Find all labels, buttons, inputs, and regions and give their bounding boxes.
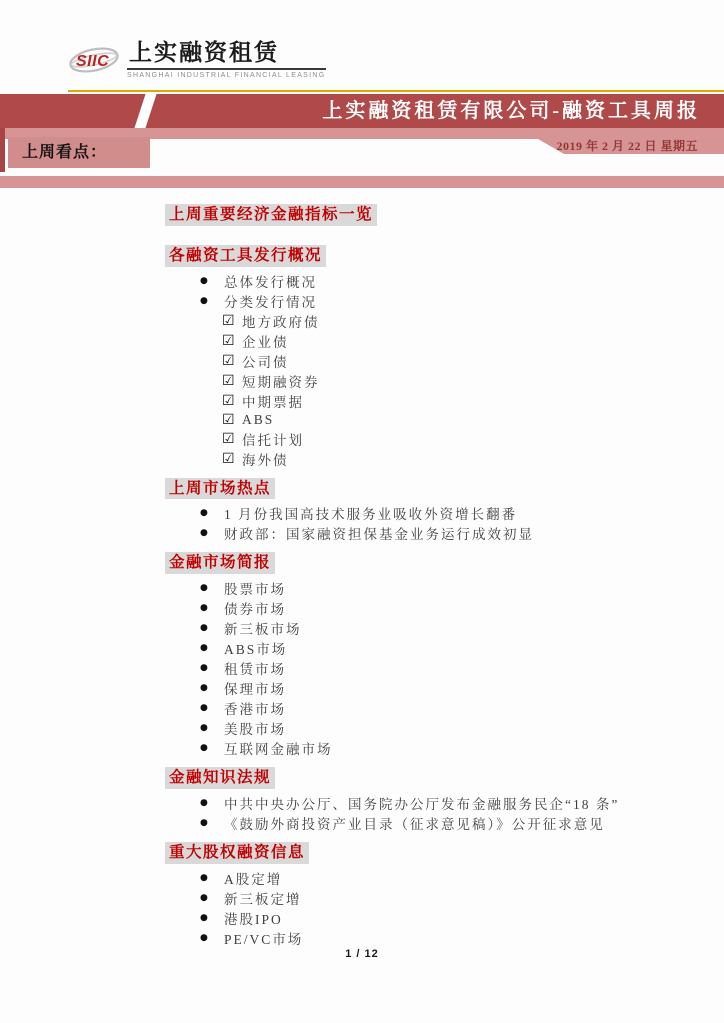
bullet-item: ●A股定增 [165,868,710,888]
toc-item-label: 公司债 [242,351,289,371]
bullet-item: ●保理市场 [165,678,710,698]
toc-item-label: 互联网金融市场 [224,738,333,758]
bullet-icon: ● [200,528,224,538]
bullet-icon: ● [200,703,224,713]
checkbox-item: ☑海外债 [165,449,710,469]
bullet-icon: ● [200,723,224,733]
checkbox-checked-icon: ☑ [222,413,242,427]
bullet-item: ●总体发行概况 [165,271,710,291]
bullet-icon: ● [200,603,224,613]
section-title-issuance: 各融资工具发行概况 [165,245,326,267]
toc-item-label: 财政部：国家融资担保基金业务运行成效初显 [224,523,534,543]
section-title-market-briefs: 金融市场简报 [165,552,275,574]
toc-item-label: 信托计划 [242,429,304,449]
bullet-item: ●美股市场 [165,718,710,738]
bullet-item: ●PE/VC市场 [165,928,710,948]
section-title-equity-financing: 重大股权融资信息 [165,842,309,864]
bullet-icon: ● [200,743,224,753]
bullet-item: ●中共中央办公厅、国务院办公厅发布金融服务民企“18 条” [165,793,710,813]
toc-item-label: 债券市场 [224,598,286,618]
bullet-item: ●新三板定增 [165,888,710,908]
bullet-icon: ● [200,663,224,673]
toc-item-label: 港股IPO [224,908,283,928]
toc-section-equity-financing: 重大股权融资信息●A股定增●新三板定增●港股IPO●PE/VC市场 [165,842,710,948]
bullet-icon: ● [200,296,224,306]
date-ribbon: 2019 年 2 月 22 日 星期五 [538,139,724,154]
toc-section-indicators: 上周重要经济金融指标一览 [165,204,710,230]
toc-item-label: ABS [242,412,274,428]
toc-item-label: 美股市场 [224,718,286,738]
section-title-regulations: 金融知识法规 [165,767,275,789]
checkbox-item: ☑公司债 [165,351,710,371]
toc-item-label: 分类发行情况 [224,291,317,311]
company-name-cn: 上实融资租赁 [127,40,326,70]
bullet-icon: ● [200,583,224,593]
toc-item-label: 企业债 [242,331,289,351]
checkbox-checked-icon: ☑ [222,334,242,348]
title-banner: 上实融资租赁有限公司-融资工具周报 [0,94,724,128]
toc-item-label: A股定增 [224,868,282,888]
toc-item-label: 新三板定增 [224,888,302,908]
bullet-icon: ● [200,913,224,923]
checkbox-checked-icon: ☑ [222,432,242,446]
toc-item-label: 海外债 [242,449,289,469]
section-divider-bar [0,176,724,188]
toc-item-label: 股票市场 [224,578,286,598]
toc-item-label: 《鼓励外商投资产业目录（征求意见稿）》公开征求意见 [224,813,605,833]
checkbox-item: ☑ABS [165,411,710,429]
table-of-contents: 上周重要经济金融指标一览各融资工具发行概况●总体发行概况●分类发行情况☑地方政府… [165,204,710,957]
logo-text: 上实融资租赁 SHANGHAI INDUSTRIAL FINANCIAL LEA… [127,40,326,79]
toc-section-issuance: 各融资工具发行概况●总体发行概况●分类发行情况☑地方政府债☑企业债☑公司债☑短期… [165,245,710,469]
checkbox-checked-icon: ☑ [222,374,242,388]
bullet-icon: ● [200,623,224,633]
bullet-item: ●财政部：国家融资担保基金业务运行成效初显 [165,523,710,543]
checkbox-item: ☑信托计划 [165,429,710,449]
toc-section-regulations: 金融知识法规●中共中央办公厅、国务院办公厅发布金融服务民企“18 条”●《鼓励外… [165,767,710,833]
bullet-icon: ● [200,643,224,653]
bullet-item: ●债券市场 [165,598,710,618]
bullet-item: ●ABS市场 [165,638,710,658]
bullet-icon: ● [200,276,224,286]
report-cover-page: SIIC 上实融资租赁 SHANGHAI INDUSTRIAL FINANCIA… [0,0,724,1023]
toc-item-label: 短期融资券 [242,371,320,391]
bullet-icon: ● [200,873,224,883]
highlights-label-box: 上周看点： [8,137,150,168]
bullet-item: ●互联网金融市场 [165,738,710,758]
toc-section-market-briefs: 金融市场简报●股票市场●债券市场●新三板市场●ABS市场●租赁市场●保理市场●香… [165,552,710,758]
bullet-item: ●《鼓励外商投资产业目录（征求意见稿）》公开征求意见 [165,813,710,833]
bullet-icon: ● [200,818,224,828]
siic-logo-icon: SIIC [68,41,120,79]
checkbox-item: ☑地方政府债 [165,311,710,331]
page-number: 1 / 12 [0,948,724,960]
checkbox-checked-icon: ☑ [222,314,242,328]
siic-mark-text: SIIC [76,53,109,70]
bullet-icon: ● [200,893,224,903]
toc-item-label: 新三板市场 [224,618,302,638]
toc-item-label: ABS市场 [224,638,287,658]
report-title: 上实融资租赁有限公司-融资工具周报 [322,94,700,128]
toc-item-label: 总体发行概况 [224,271,317,291]
checkbox-checked-icon: ☑ [222,394,242,408]
company-logo: SIIC 上实融资租赁 SHANGHAI INDUSTRIAL FINANCIA… [68,40,326,79]
bullet-item: ●香港市场 [165,698,710,718]
toc-item-label: 中共中央办公厅、国务院办公厅发布金融服务民企“18 条” [224,793,619,813]
bullet-item: ●租赁市场 [165,658,710,678]
toc-item-label: 1 月份我国高技术服务业吸收外资增长翻番 [224,503,517,523]
toc-item-label: 香港市场 [224,698,286,718]
toc-section-hotspots: 上周市场热点●1 月份我国高技术服务业吸收外资增长翻番●财政部：国家融资担保基金… [165,478,710,544]
toc-item-label: 保理市场 [224,678,286,698]
bullet-icon: ● [200,798,224,808]
checkbox-checked-icon: ☑ [222,452,242,466]
bullet-item: ●港股IPO [165,908,710,928]
bullet-icon: ● [200,683,224,693]
bullet-item: ●新三板市场 [165,618,710,638]
bullet-item: ●分类发行情况 [165,291,710,311]
toc-item-label: 租赁市场 [224,658,286,678]
checkbox-item: ☑企业债 [165,331,710,351]
toc-item-label: 中期票据 [242,391,304,411]
gold-divider-rule [68,90,724,92]
bullet-icon: ● [200,508,224,518]
banner-slash-decoration [134,94,156,128]
bullet-icon: ● [200,933,224,943]
toc-item-label: 地方政府债 [242,311,320,331]
report-date: 2019 年 2 月 22 日 星期五 [538,139,724,154]
section-title-hotspots: 上周市场热点 [165,478,275,500]
highlights-label: 上周看点： [8,137,150,168]
checkbox-item: ☑短期融资券 [165,371,710,391]
company-name-en: SHANGHAI INDUSTRIAL FINANCIAL LEASING [127,72,326,79]
checkbox-item: ☑中期票据 [165,391,710,411]
toc-item-label: PE/VC市场 [224,928,303,948]
bullet-item: ●1 月份我国高技术服务业吸收外资增长翻番 [165,503,710,523]
bullet-item: ●股票市场 [165,578,710,598]
left-edge-notch [0,128,5,172]
section-title-indicators: 上周重要经济金融指标一览 [165,204,377,226]
checkbox-checked-icon: ☑ [222,354,242,368]
